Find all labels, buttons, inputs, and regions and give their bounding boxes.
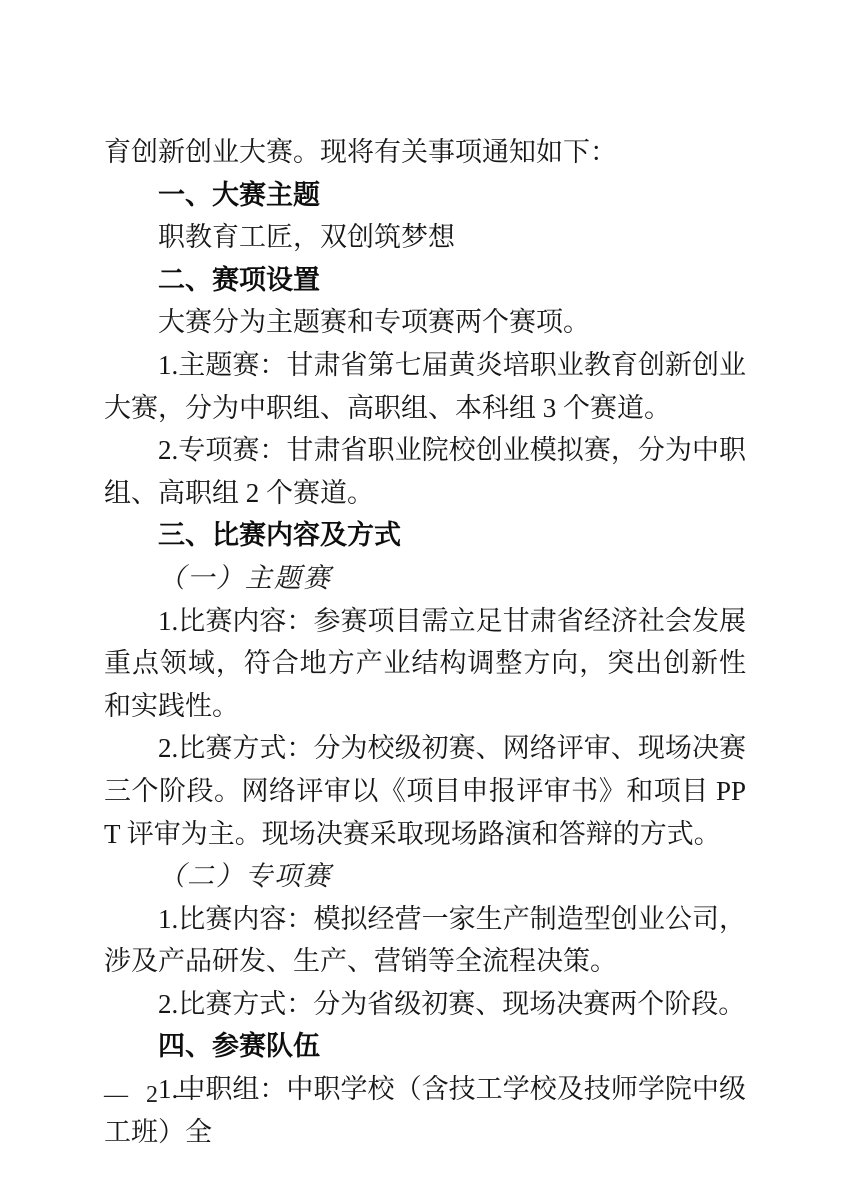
section-heading-3: 三、比赛内容及方式 (104, 514, 746, 557)
document-page: 育创新创业大赛。现将有关事项通知如下： 一、大赛主题 职教育工匠，双创筑梦想 二… (0, 0, 848, 1200)
paragraph-main-method: 2.比赛方式：分为校级初赛、网络评审、现场决赛三个阶段。网络评审以《项目申报评审… (104, 727, 746, 855)
paragraph-continuation: 育创新创业大赛。现将有关事项通知如下： (104, 131, 746, 174)
subsection-heading-2: （二）专项赛 (104, 855, 746, 898)
paragraph-special-event: 2.专项赛：甘肃省职业院校创业模拟赛，分为中职组、高职组 2 个赛道。 (104, 429, 746, 514)
paragraph-special-content: 1.比赛内容：模拟经营一家生产制造型创业公司，涉及产品研发、生产、营销等全流程决… (104, 898, 746, 983)
section-heading-2: 二、赛项设置 (104, 259, 746, 302)
paragraph-special-method: 2.比赛方式：分为省级初赛、现场决赛两个阶段。 (104, 983, 746, 1026)
paragraph-main-event: 1.主题赛：甘肃省第七届黄炎培职业教育创新创业大赛，分为中职组、高职组、本科组 … (104, 344, 746, 429)
section-heading-4: 四、参赛队伍 (104, 1025, 746, 1068)
document-body: 育创新创业大赛。现将有关事项通知如下： 一、大赛主题 职教育工匠，双创筑梦想 二… (104, 131, 746, 1153)
paragraph-main-content: 1.比赛内容：参赛项目需立足甘肃省经济社会发展重点领域，符合地方产业结构调整方向… (104, 600, 746, 728)
paragraph-events-overview: 大赛分为主题赛和专项赛两个赛项。 (104, 301, 746, 344)
paragraph-theme-slogan: 职教育工匠，双创筑梦想 (104, 216, 746, 259)
section-heading-1: 一、大赛主题 (104, 174, 746, 217)
subsection-heading-1: （一）主题赛 (104, 557, 746, 600)
page-number: — 2 — (104, 1080, 206, 1110)
